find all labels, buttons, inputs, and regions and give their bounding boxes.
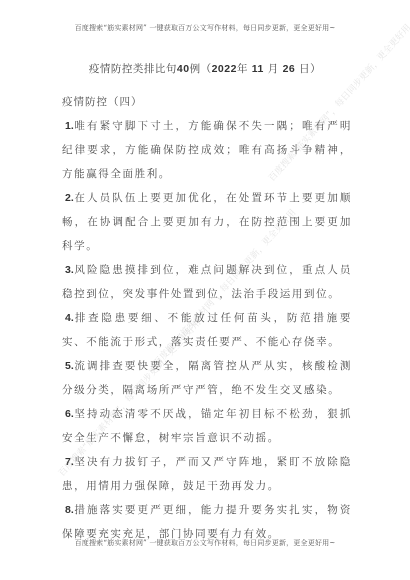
item-text: 流调排查要快要全，隔离管控从严从实，核酸检测分级分类，隔离场所严守严管，绝不发生… — [62, 360, 352, 396]
list-item: 4.排查隐患要细、不能放过任何苗头，防范措施要实、不能流于形式，落实责任要严、不… — [62, 306, 352, 354]
title-day-char: 日） — [299, 63, 321, 75]
title-year-char: 年 — [237, 63, 248, 75]
list-item: 7.坚决有力拔钉子，严而又严守阵地，紧盯不放除隐患，用情用力强保障，鼓足干劲再发… — [62, 450, 352, 498]
item-number: 3. — [65, 264, 74, 276]
item-number: 4. — [65, 312, 74, 324]
item-number: 6. — [65, 408, 74, 420]
title-day: 26 — [283, 63, 296, 75]
title-prefix: 疫情防控类排比句 — [89, 63, 177, 75]
item-text: 措施落实要更严更细，能力提升要务实扎实，物资保障要充实充足，部门协同要有力有效。 — [62, 504, 352, 540]
item-text: 排查隐患要细、不能放过任何苗头，防范措施要实、不能流于形式，落实责任要严、不能心… — [62, 312, 352, 348]
list-item: 3.风险隐患摸排到位，难点问题解决到位，重点人员稳控到位，突发事件处置到位，法治… — [62, 258, 352, 306]
footer-banner: 百度搜索“筋实素材网” 一键获取百万公文写作材料，每日同步更新，更全更好用~ — [0, 538, 410, 548]
title-year: 2022 — [212, 63, 237, 75]
document-body: 疫情防控（四） 1.唯有紧守脚下寸土，方能确保不失一隅；唯有严明纪律要求，方能确… — [62, 92, 352, 546]
document-title: 疫情防控类排比句40例（2022年 11 月 26 日） — [0, 61, 410, 76]
list-item: 6.坚持动态清零不厌战，锚定年初目标不松劲，狠抓安全生产不懈怠，树牢宗旨意识不动… — [62, 402, 352, 450]
item-number: 8. — [65, 504, 74, 516]
item-number: 5. — [65, 360, 74, 372]
section-heading: 疫情防控（四） — [62, 92, 352, 114]
item-text: 坚决有力拔钉子，严而又严守阵地，紧盯不放除隐患，用情用力强保障，鼓足干劲再发力。 — [62, 456, 352, 492]
header-banner: 百度搜索“筋实素材网” 一键获取百万公文写作材料，每日同步更新，更全更好用~ — [0, 23, 410, 33]
title-month-char: 月 — [268, 63, 279, 75]
item-text: 在人员队伍上要更加优化，在处置环节上要更加顺畅，在协调配合上要更加有力，在防控范… — [62, 192, 352, 252]
item-text: 唯有紧守脚下寸土，方能确保不失一隅；唯有严明纪律要求，方能确保防控成效；唯有高扬… — [62, 120, 352, 180]
list-item: 5.流调排查要快要全，隔离管控从严从实，核酸检测分级分类，隔离场所严守严管，绝不… — [62, 354, 352, 402]
title-month: 11 — [252, 63, 264, 75]
title-suffix: 例（ — [190, 63, 212, 75]
item-number: 1. — [65, 120, 74, 132]
item-number: 7. — [65, 456, 74, 468]
item-number: 2. — [65, 192, 74, 204]
list-item: 2.在人员队伍上要更加优化，在处置环节上要更加顺畅，在协调配合上要更加有力，在防… — [62, 186, 352, 258]
item-text: 坚持动态清零不厌战，锚定年初目标不松劲，狠抓安全生产不懈怠，树牢宗旨意识不动摇。 — [62, 408, 352, 444]
title-count: 40 — [177, 63, 190, 75]
item-text: 风险隐患摸排到位，难点问题解决到位，重点人员稳控到位，突发事件处置到位，法治手段… — [62, 264, 352, 300]
list-item: 1.唯有紧守脚下寸土，方能确保不失一隅；唯有严明纪律要求，方能确保防控成效；唯有… — [62, 114, 352, 186]
